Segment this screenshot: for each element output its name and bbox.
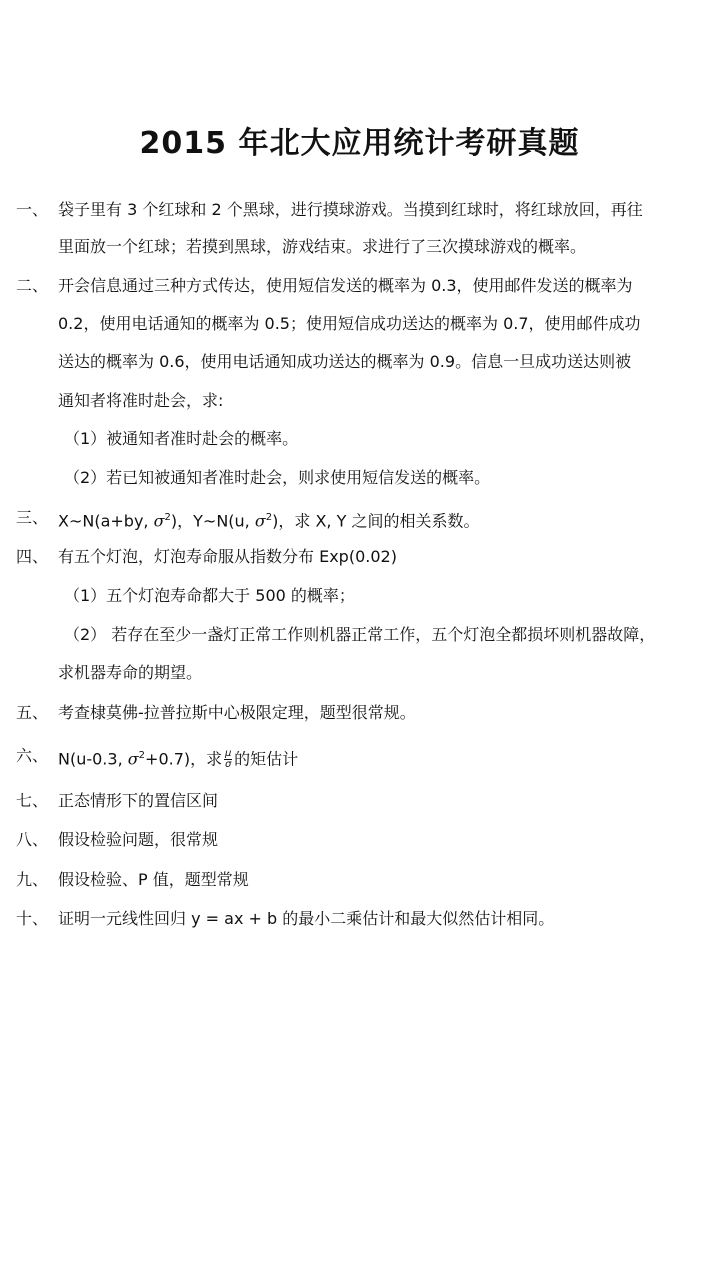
sigma-symbol: σ: [128, 749, 139, 768]
question-1-line-1: 袋子里有 3 个红球和 2 个黑球，进行摸球游戏。当摸到红球时，将红球放回，再往: [58, 199, 643, 221]
question-8-number: 八、: [16, 829, 48, 851]
question-5-number: 五、: [16, 702, 48, 724]
question-2-line-2: 0.2，使用电话通知的概率为 0.5；使用短信成功送达的概率为 0.7，使用邮件…: [58, 313, 641, 335]
question-4-line-1: 有五个灯泡，灯泡寿命服从指数分布 Exp(0.02): [58, 546, 397, 568]
sigma-symbol: σ: [154, 511, 165, 530]
page-title: 2015 年北大应用统计考研真题: [0, 118, 719, 162]
sigma-symbol: σ: [255, 511, 266, 530]
question-9-line-1: 假设检验、P 值，题型常规: [58, 869, 249, 891]
question-6-number: 六、: [16, 745, 48, 767]
question-9-number: 九、: [16, 869, 48, 891]
mu-over-sigma-fraction: μσ: [224, 749, 232, 770]
question-4-sub-2: （2） 若存在至少一盏灯正常工作则机器正常工作，五个灯泡全都损坏则机器故障，: [64, 624, 655, 646]
question-6-text: N(u-0.3, σ2+0.7)，求μσ的矩估计: [58, 745, 298, 770]
question-2-line-3: 送达的概率为 0.6，使用电话通知成功送达的概率为 0.9。信息一旦成功送达则被: [58, 351, 631, 373]
question-2-sub-2: （2）若已知被通知者准时赴会，则求使用短信发送的概率。: [64, 467, 490, 489]
question-4-sub-2-cont: 求机器寿命的期望。: [58, 662, 202, 684]
question-2-sub-1: （1）被通知者准时赴会的概率。: [64, 428, 298, 450]
question-7-number: 七、: [16, 790, 48, 812]
question-3-number: 三、: [16, 507, 48, 529]
question-5-line-1: 考查棣莫佛-拉普拉斯中心极限定理，题型很常规。: [58, 702, 416, 724]
question-2-number: 二、: [16, 275, 48, 297]
question-10-number: 十、: [16, 908, 48, 930]
question-4-sub-1: （1）五个灯泡寿命都大于 500 的概率；: [64, 585, 355, 607]
question-2-line-4: 通知者将准时赴会，求:: [58, 390, 223, 412]
question-2-line-1: 开会信息通过三种方式传达，使用短信发送的概率为 0.3，使用邮件发送的概率为: [58, 275, 633, 297]
question-10-line-1: 证明一元线性回归 y = ax + b 的最小二乘估计和最大似然估计相同。: [58, 908, 554, 930]
question-1-number: 一、: [16, 199, 48, 221]
question-1-line-2: 里面放一个红球；若摸到黑球，游戏结束。求进行了三次摸球游戏的概率。: [58, 236, 586, 258]
question-7-line-1: 正态情形下的置信区间: [58, 790, 218, 812]
question-3-text: X~N(a+by, σ2)，Y~N(u, σ2)，求 X, Y 之间的相关系数。: [58, 507, 479, 532]
question-4-number: 四、: [16, 546, 48, 568]
question-8-line-1: 假设检验问题，很常规: [58, 829, 218, 851]
